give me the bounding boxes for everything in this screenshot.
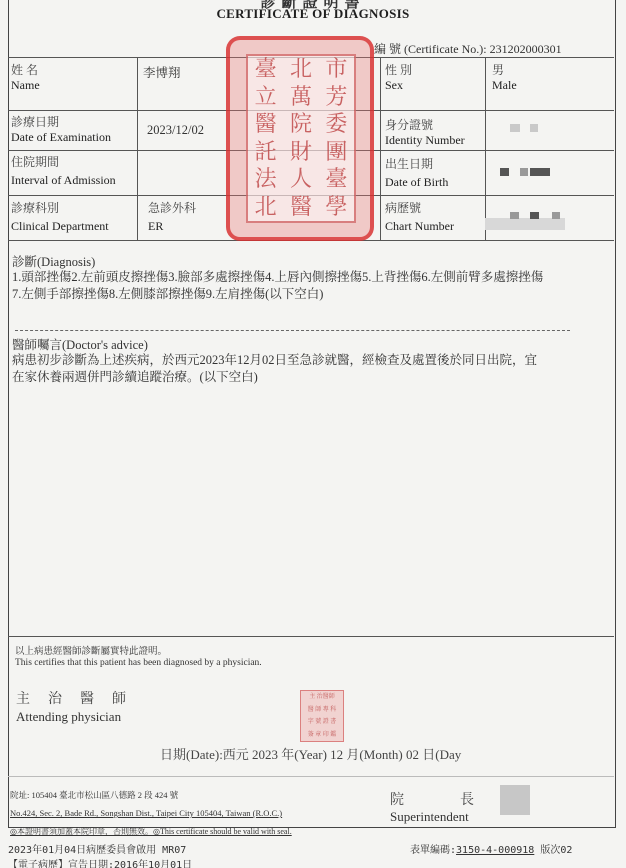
footer-form-date: 2023年01月04日病歷委員會啟用 MR07: [8, 841, 186, 856]
seal-note: ◎本證明書須加蓋本院印章，否則無效。◎This certificate shou…: [10, 826, 292, 837]
seal-character: 團: [319, 139, 354, 167]
seal-character: 臺: [319, 166, 354, 194]
department-label: 診療科別Clinical Department: [11, 201, 109, 234]
superintendent-label-cn: 院 長: [390, 789, 474, 809]
column-divider: [137, 57, 138, 240]
seal-character: 財: [283, 139, 318, 167]
certify-en: This certifies that this patient has bee…: [15, 658, 262, 668]
seal-character: 法: [248, 166, 283, 194]
seal-character: 醫: [283, 194, 318, 222]
sex-label: 性 別Sex: [385, 63, 412, 93]
seal-character: 委: [319, 111, 354, 139]
section-divider: [8, 636, 614, 637]
certify-cn: 以上病患經醫師診斷屬實特此證明。: [15, 643, 167, 657]
chart-number-label: 病歷號Chart Number: [385, 201, 454, 234]
address-cn: 院址: 105404 臺北市松山區八德路 2 段 424 號: [10, 789, 178, 801]
sex-value: 男Male: [492, 63, 517, 93]
seal-character: 院: [283, 111, 318, 139]
identity-label: 身分證號Identity Number: [385, 118, 465, 148]
hospital-seal: 臺北市立萬芳醫院委託財團法人臺北醫學: [226, 36, 374, 241]
birth-label: 出生日期Date of Birth: [385, 157, 448, 190]
column-divider: [380, 57, 381, 240]
seal-character: 立: [248, 84, 283, 112]
physician-label-cn: 主 治 醫 師: [16, 688, 128, 708]
certificate-number: 編 號 (Certificate No.): 231202000301: [374, 40, 562, 57]
exam-date-value: 2023/12/02: [147, 123, 204, 138]
title-english: CERTIFICATE OF DIAGNOSIS: [0, 6, 626, 22]
seal-character: 萬: [283, 84, 318, 112]
admission-label: 住院期間Interval of Admission: [11, 155, 116, 188]
column-divider: [485, 57, 486, 240]
seal-character: 醫: [248, 111, 283, 139]
advice-text: 病患初步診斷為上述疾病，於西元2023年12月02日至急診就醫，經檢查及處置後於…: [12, 352, 612, 386]
section-divider: [8, 776, 614, 777]
seal-character: 市: [319, 56, 354, 84]
address-en: No.424, Sec. 2, Bade Rd., Songshan Dist.…: [10, 808, 282, 818]
diagnosis-label: 診斷(Diagnosis): [12, 252, 95, 270]
name-value: 李博翔: [143, 63, 181, 81]
seal-character: 人: [283, 166, 318, 194]
seal-character: 芳: [319, 84, 354, 112]
seal-character: 北: [283, 56, 318, 84]
certificate-number-label: 編 號 (Certificate No.):: [374, 42, 487, 56]
seal-character: 託: [248, 139, 283, 167]
footer-form-code: 表單編碼:3150-4-000918 版次02: [410, 841, 572, 856]
seal-character: 臺: [248, 56, 283, 84]
superintendent-label-en: Superintendent: [390, 809, 469, 825]
department-value: 急診外科ER: [148, 201, 196, 234]
issue-date: 日期(Date):西元 2023 年(Year) 12 月(Month) 02 …: [160, 744, 461, 763]
seal-character: 學: [319, 194, 354, 222]
seal-character: 北: [248, 194, 283, 222]
name-label: 姓 名Name: [11, 63, 40, 93]
physician-label-en: Attending physician: [16, 709, 121, 725]
superintendent-signature-redacted: [500, 785, 530, 815]
exam-date-label: 診療日期Date of Examination: [11, 115, 111, 145]
footer-emr-date: 【電子病歷】宣告日期:2016年10月01日: [8, 856, 192, 868]
diagnosis-text: 1.頭部挫傷2.左前頭皮擦挫傷3.臉部多處擦挫傷4.上唇內側擦挫傷5.上背挫傷6…: [12, 269, 612, 303]
physician-seal: 主 治醫師醫 師 專 科字 號 證 書簽 章 印 鑑: [300, 690, 344, 742]
dashed-divider: [15, 330, 570, 331]
certificate-number-value: 231202000301: [490, 42, 562, 56]
advice-label: 醫師囑言(Doctor's advice): [12, 335, 148, 353]
